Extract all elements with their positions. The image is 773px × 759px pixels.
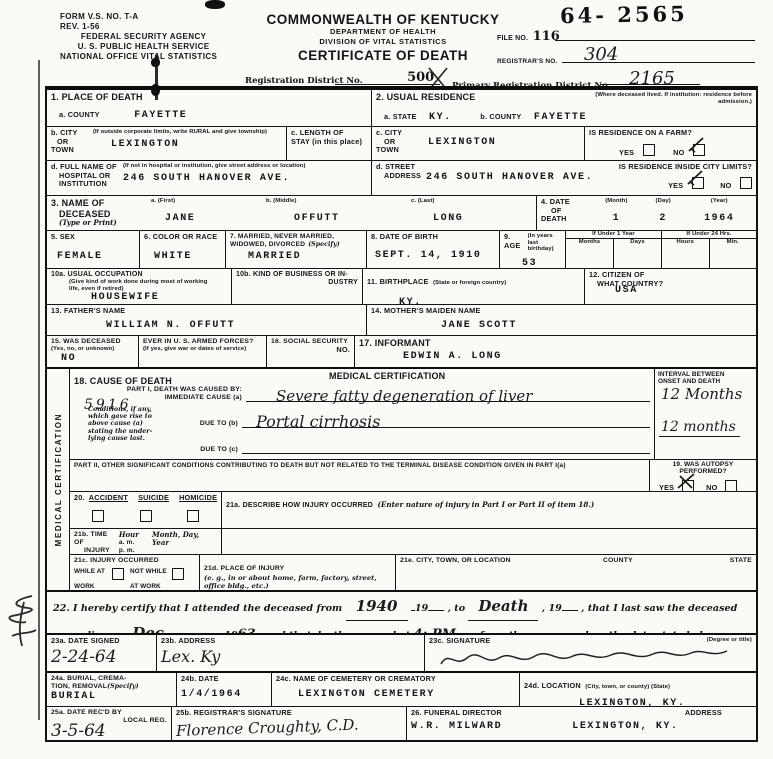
- field-ssn: 16. SOCIAL SECURITY NO.: [267, 336, 355, 367]
- cemetery-label: 24c. NAME OF CEMETERY OR CREMATORY: [276, 675, 515, 684]
- due-to-c-label: DUE TO (c): [186, 446, 238, 454]
- conditions-note-4: stating the under-: [88, 428, 186, 435]
- novs-line: NATIONAL OFFICE VITAL STATISTICS: [60, 52, 217, 62]
- interval-b-value: 12 months: [659, 419, 740, 437]
- time-line: 4: PM: [413, 624, 456, 634]
- while-at-label-1: WHILE AT: [74, 568, 112, 575]
- cause-a-line: Severe fatty degeneration of liver: [246, 384, 650, 402]
- injury-city-label: 21e. CITY, TOWN, OR LOCATION: [400, 557, 603, 565]
- cause-c-line: [242, 436, 650, 454]
- field-birthplace: 11. BIRTHPLACE (State or foreign country…: [363, 269, 585, 304]
- field-signer-address: 23b. ADDRESS Lex. Ky: [157, 635, 425, 671]
- father-value: WILLIAM N. OFFUTT: [106, 320, 362, 331]
- due-to-b-label: DUE TO (b): [186, 420, 238, 428]
- field-city-of-death: b. CITY OR TOWN (If outside corporate li…: [47, 127, 287, 160]
- suicide-checkbox: [140, 510, 152, 522]
- cause-a-value: Severe fatty degeneration of liver: [276, 387, 532, 405]
- certify-text-pre: 22. I hereby certify that I attended the…: [53, 603, 342, 614]
- field-name-of-deceased: 3. NAME OF DECEASED (Type or Print): [47, 196, 147, 230]
- place-injury-label: 21d. PLACE OF INJURY: [204, 565, 284, 572]
- field-business-industry: 10b. KIND OF BUSINESS OR IN- DUSTRY: [232, 269, 363, 304]
- death-certificate-scan: FORM V.S. NO. T-A REV. 1-56 FEDERAL SECU…: [0, 0, 773, 759]
- alive-on-line: Dec: [126, 621, 214, 634]
- phs-line: U. S. PUBLIC HEALTH SERVICE: [60, 42, 217, 52]
- color-race-value: WHITE: [154, 251, 221, 262]
- field-injury-location: 21e. CITY, TOWN, OR LOCATION COUNTY STAT…: [396, 555, 756, 590]
- field-usual-residence: 2. USUAL RESIDENCE (Where deceased lived…: [372, 90, 756, 126]
- agency-line: FEDERAL SECURITY AGENCY: [60, 32, 217, 42]
- scan-mark: [205, 0, 225, 9]
- dob-value: SEPT. 14, 1910: [375, 250, 495, 261]
- was-deceased-note: (Yes, no, or unknown): [51, 346, 134, 353]
- autopsy-label-2: PERFORMED?: [653, 468, 753, 475]
- cemetery-value: LEXINGTON CEMETERY: [298, 689, 515, 700]
- field-time-of-injury-blank: [222, 529, 756, 554]
- father-label: 13. FATHER'S NAME: [51, 307, 362, 316]
- dod-month-value: 1: [593, 213, 640, 224]
- burial-note: (Specify): [107, 683, 139, 691]
- file-no-label: FILE NO.: [497, 35, 528, 42]
- certify-year-19c: , 19: [218, 630, 238, 634]
- was-deceased-label: 15. WAS DECEASED: [51, 338, 134, 346]
- autopsy-no-label: NO: [706, 483, 717, 492]
- name-title-1: 3. NAME OF: [51, 198, 143, 209]
- signature-degree-note: (Degree or title): [707, 637, 752, 646]
- under-1yr-days: Days: [613, 239, 661, 268]
- hour-label: Hour: [119, 531, 152, 539]
- attended-to-value: Death: [478, 597, 528, 615]
- farm-question: IS RESIDENCE ON A FARM?: [589, 129, 752, 138]
- attended-from-line: 1940: [346, 594, 408, 621]
- field-hospital-name: d. FULL NAME OF HOSPITAL OR INSTITUTION …: [47, 161, 372, 195]
- hospital-note: (If not in hospital or institution, give…: [123, 163, 367, 170]
- field-informant: 17. INFORMANT EDWIN A. LONG: [355, 336, 756, 367]
- dod-title-1: 4. DATE: [541, 198, 593, 207]
- middle-name-label: b. (Middle): [266, 198, 403, 205]
- registrar-no-label: REGISTRAR'S NO.: [497, 58, 558, 65]
- limits-no-checkbox: [740, 177, 752, 189]
- manner-number: 20.: [74, 494, 85, 503]
- field-street-address: d. STREET ADDRESS 246 SOUTH HANOVER AVE.…: [372, 161, 756, 195]
- sex-label: 5. SEX: [51, 233, 135, 242]
- county-value: FAYETTE: [134, 110, 187, 121]
- residence-state-value: KY.: [429, 112, 452, 123]
- how-injury-note: (Enter nature of injury in Part I or Par…: [377, 500, 594, 509]
- registrar-no-row: REGISTRAR'S NO. 304: [497, 47, 596, 68]
- am-label: a. m.: [119, 539, 152, 547]
- cause-b-value: Portal cirrhosis: [256, 412, 380, 431]
- dod-day-label: (Day): [640, 198, 687, 205]
- certificate-title: CERTIFICATE OF DEATH: [228, 48, 538, 63]
- field-burial: 24a. BURIAL, CREMA- TION, REMOVAL(Specif…: [47, 673, 177, 706]
- homicide-label: HOMICIDE: [179, 494, 217, 503]
- funeral-director-address-value: LEXINGTON, KY.: [572, 721, 678, 732]
- field-date-signed: 23a. DATE SIGNED 2-24-64: [47, 635, 157, 671]
- file-stamp-number: 64- 2565: [560, 1, 688, 28]
- injury-county-label: COUNTY: [603, 557, 730, 565]
- res-town-label: TOWN: [376, 146, 418, 155]
- dod-year-value: 1964: [687, 213, 752, 224]
- first-name-value: JANE: [165, 213, 258, 224]
- mdy-label: Month, Day, Year: [152, 531, 217, 554]
- occupation-value: HOUSEWIFE: [91, 292, 227, 303]
- business-label-1: 10b. KIND OF BUSINESS OR IN-: [236, 271, 358, 279]
- field-was-deceased: 15. WAS DECEASED (Yes, no, or unknown) N…: [47, 336, 139, 367]
- farm-no-label: NO: [673, 148, 684, 157]
- field-age-under-1yr: If Under 1 Year Months Days: [566, 231, 662, 268]
- residence-county-label: b. COUNTY: [480, 112, 521, 121]
- residence-county-value: FAYETTE: [534, 112, 587, 123]
- field-cemetery-location: 24d. LOCATION (City, town, or county) (S…: [520, 673, 756, 706]
- part1-label: PART I, DEATH WAS CAUSED BY:: [74, 386, 242, 394]
- sex-value: FEMALE: [57, 251, 135, 262]
- physician-signature: [439, 646, 739, 670]
- occupation-label: 10a. USUAL OCCUPATION: [51, 271, 143, 279]
- date-signed-value: 2-24-64: [51, 647, 152, 667]
- autopsy-yes-label: YES: [659, 483, 674, 492]
- file-no-row: FILE NO. 116: [497, 27, 560, 45]
- field-burial-date: 24b. DATE 1/4/1964: [177, 673, 272, 706]
- usual-residence-title: 2. USUAL RESIDENCE: [376, 92, 475, 105]
- conditions-note-3: above cause (a): [88, 420, 186, 427]
- division-line: DIVISION OF VITAL STATISTICS: [228, 37, 538, 47]
- dod-day-value: 2: [640, 213, 687, 224]
- marital-label-2: WIDOWED, DIVORCED: [230, 241, 305, 249]
- cemetery-location-note: (City, town, or county) (State): [585, 684, 670, 690]
- field-length-of-stay: c. LENGTH OF STAY (in this place): [287, 127, 372, 160]
- field-time-of-injury: 21b. TIME OF INJURY Hour a. m. p. m. Mon…: [70, 529, 222, 554]
- time-injury-label-2: INJURY: [84, 547, 119, 554]
- title-block: COMMONWEALTH OF KENTUCKY DEPARTMENT OF H…: [228, 12, 538, 63]
- usual-residence-note: (Where deceased lived. If institution: r…: [592, 92, 752, 105]
- while-at-label-2: WORK: [74, 583, 95, 590]
- alive-on-label: alive on: [81, 630, 123, 634]
- marital-label-1: 7. MARRIED, NEVER MARRIED,: [230, 233, 362, 241]
- margin-scribble: [2, 592, 42, 652]
- department-line: DEPARTMENT OF HEALTH: [228, 27, 538, 37]
- primary-district-rule: [600, 84, 700, 85]
- accident-label: ACCIDENT: [89, 494, 128, 503]
- dod-month-label: (Month): [593, 198, 640, 205]
- conditions-note-2: which gave rise to: [88, 413, 186, 420]
- form-rev-line: REV. 1-56: [60, 22, 217, 32]
- date-received-label-1: 25a. DATE REC'D BY: [51, 709, 167, 717]
- homicide-checkbox: [187, 510, 199, 522]
- field-date-of-birth: 8. DATE OF BIRTH SEPT. 14, 1910: [367, 231, 500, 268]
- part2-label: PART II, OTHER SIGNIFICANT CONDITIONS CO…: [74, 462, 647, 470]
- injury-occurred-label: 21c. INJURY OCCURRED: [74, 557, 195, 565]
- field-funeral-director: 26. FUNERAL DIRECTOR ADDRESS W.R. MILWAR…: [407, 707, 756, 740]
- limits-question: IS RESIDENCE INSIDE CITY LIMITS?: [606, 163, 752, 172]
- time-value: 4: PM: [413, 627, 456, 634]
- autopsy-yes-checkbox: [682, 480, 694, 492]
- first-name-label: a. (First): [151, 198, 258, 205]
- field-color-race: 6. COLOR OR RACE WHITE: [140, 231, 226, 268]
- certify-tail-2: m., from the causes and on the date stat…: [459, 630, 727, 634]
- certificate-form: 1. PLACE OF DEATH a. COUNTY FAYETTE 2. U…: [45, 86, 758, 742]
- dod-year-label: (Year): [687, 198, 752, 205]
- cemetery-location-value: LEXINGTON, KY.: [579, 698, 752, 706]
- field-age: 9. AGE (In yearslast birthday) 53: [500, 231, 566, 268]
- under-1yr-header: If Under 1 Year: [566, 231, 661, 239]
- field-how-injury: 21a. DESCRIBE HOW INJURY OCCURRED (Enter…: [222, 492, 756, 528]
- dob-label: 8. DATE OF BIRTH: [371, 233, 495, 242]
- under-24hr-min: Min.: [709, 239, 757, 268]
- place-injury-note: (e. g., in or about home, farm, factory,…: [204, 575, 391, 590]
- interval-a-value: 12 Months: [661, 385, 742, 403]
- was-deceased-value: NO: [61, 353, 134, 364]
- informant-label: 17. INFORMANT: [359, 338, 752, 349]
- county-label: a. COUNTY: [59, 110, 100, 119]
- field-marital-status: 7. MARRIED, NEVER MARRIED, WIDOWED, DIVO…: [226, 231, 367, 268]
- occupation-note: (Give kind of work done during most of w…: [69, 279, 219, 292]
- cause-of-death-title: 18. CAUSE OF DEATH: [74, 376, 172, 386]
- not-while-label-1: NOT WHILE: [130, 568, 172, 575]
- name-title-3: (Type or Print): [59, 219, 143, 227]
- marital-note: (Specify): [308, 241, 340, 249]
- field-cemetery: 24c. NAME OF CEMETERY OR CREMATORY LEXIN…: [272, 673, 520, 706]
- alive-on-value: Dec: [132, 624, 164, 634]
- field-age-under-24hr: If Under 24 Hrs. Hours Min.: [662, 231, 756, 268]
- under-24hr-header: If Under 24 Hrs.: [662, 231, 756, 239]
- field-last-name: c. (Last) LONG: [407, 196, 537, 230]
- age-note-2: last birthday): [528, 240, 561, 253]
- street-value: 246 SOUTH HANOVER AVE.: [426, 172, 593, 193]
- funeral-director-label: 26. FUNERAL DIRECTOR: [411, 709, 502, 718]
- file-no-rule: [555, 40, 755, 41]
- burial-label-1: 24a. BURIAL, CREMA-: [51, 675, 172, 683]
- res-city-value: LEXINGTON: [428, 137, 496, 155]
- under-1yr-months: Months: [566, 239, 613, 268]
- accident-checkbox: [92, 510, 104, 522]
- occurred-label: , and that death occurred at: [259, 630, 410, 634]
- armed-forces-note: (If yes, give war or dates of service): [143, 346, 262, 353]
- birthplace-note: (State or foreign country): [433, 280, 506, 286]
- alive-year-hand: 63: [238, 627, 256, 634]
- field-date-of-death: 4. DATE OF DEATH (Month)1 (Day)2 (Year)1…: [537, 196, 756, 230]
- mother-value: JANE SCOTT: [441, 320, 752, 331]
- last-name-label: c. (Last): [411, 198, 532, 205]
- birthplace-value: KY.: [399, 297, 580, 304]
- limits-yes-checkbox: [692, 177, 704, 189]
- attended-from-value: 1940: [356, 597, 398, 615]
- mother-label: 14. MOTHER'S MAIDEN NAME: [371, 307, 752, 316]
- funeral-director-address-label: ADDRESS: [685, 709, 722, 718]
- field-residence-on-farm: IS RESIDENCE ON A FARM? YES NO: [585, 127, 756, 160]
- commonwealth-title: COMMONWEALTH OF KENTUCKY: [228, 12, 538, 27]
- not-while-at-work-checkbox: [172, 568, 184, 580]
- farm-yes-label: YES: [619, 148, 634, 157]
- suicide-label: SUICIDE: [138, 494, 169, 503]
- field-father-name: 13. FATHER'S NAME WILLIAM N. OFFUTT: [47, 305, 367, 335]
- file-no-value: 116: [533, 29, 560, 44]
- business-label-2: DUSTRY: [236, 279, 358, 287]
- autopsy-no-checkbox: [725, 480, 737, 492]
- length-of-stay-label2: STAY (in this place): [291, 138, 367, 147]
- medical-certification-content: 18. CAUSE OF DEATH MEDICAL CERTIFICATION…: [70, 369, 756, 590]
- while-at-work-checkbox: [112, 568, 124, 580]
- city-value: LEXINGTON: [111, 139, 282, 150]
- injury-state-label: STATE: [730, 557, 752, 565]
- birthplace-label: 11. BIRTHPLACE: [367, 277, 429, 286]
- cemetery-location-label: 24d. LOCATION: [524, 681, 581, 690]
- certify-to-label: , to: [448, 603, 466, 614]
- field-first-name: a. (First) JANE: [147, 196, 262, 230]
- residence-state-label: a. STATE: [384, 112, 417, 121]
- field-place-of-injury: 21d. PLACE OF INJURY (e. g., in or about…: [200, 555, 396, 590]
- field-armed-forces: EVER IN U. S. ARMED FORCES? (If yes, giv…: [139, 336, 267, 367]
- street-label-2: ADDRESS: [384, 172, 426, 181]
- limits-yes-label: YES: [668, 181, 683, 190]
- registrar-no-rule: [562, 62, 755, 63]
- field-residence-city: c. CITY OR TOWN LEXINGTON: [372, 127, 585, 160]
- medical-certification-sidebar: MEDICAL CERTIFICATION: [47, 369, 70, 590]
- marital-value: MARRIED: [248, 251, 362, 262]
- medical-certification-heading: MEDICAL CERTIFICATION: [329, 371, 445, 382]
- not-while-label-2: AT WORK: [130, 583, 161, 590]
- attended-to-line: Death: [468, 594, 538, 621]
- field-occupation: 10a. USUAL OCCUPATION (Give kind of work…: [47, 269, 232, 304]
- field-date-received: 25a. DATE REC'D BY LOCAL REG. 3-5-64: [47, 707, 172, 740]
- pm-label: p. m.: [119, 547, 152, 554]
- field-place-of-death: 1. PLACE OF DEATH a. COUNTY FAYETTE: [47, 90, 372, 126]
- hospital-value: 246 SOUTH HANOVER AVE.: [123, 173, 367, 184]
- informant-value: EDWIN A. LONG: [403, 351, 752, 362]
- certify-year-19a: 19: [415, 603, 428, 614]
- limits-no-label: NO: [720, 181, 731, 190]
- cause-code-value: 5916: [84, 397, 132, 413]
- signer-address-label: 23b. ADDRESS: [161, 637, 420, 646]
- certify-year-19b: , 19: [542, 603, 562, 614]
- certify-tail-1: , that I last saw the deceased: [581, 603, 737, 614]
- cause-b-line: Portal cirrhosis: [242, 410, 650, 428]
- middle-name-value: OFFUTT: [294, 213, 403, 224]
- place-of-death-title: 1. PLACE OF DEATH: [51, 92, 367, 103]
- interval-label-1: INTERVAL BETWEEN: [658, 371, 753, 378]
- age-note-1: (In years: [528, 233, 561, 240]
- field-middle-name: b. (Middle) OFFUTT: [262, 196, 407, 230]
- medical-certification-side-label: MEDICAL CERTIFICATION: [54, 413, 63, 546]
- field-injury-at-work: 21c. INJURY OCCURRED WHILE ATWORK NOT WH…: [70, 555, 200, 590]
- field-mother-name: 14. MOTHER'S MAIDEN NAME JANE SCOTT: [367, 305, 756, 335]
- signer-address-value: Lex. Ky: [161, 647, 420, 666]
- field-certification-statement: 22. I hereby certify that I attended the…: [47, 592, 756, 633]
- ssn-label-2: NO.: [271, 346, 350, 355]
- burial-date-value: 1/4/1964: [181, 689, 267, 700]
- age-value: 53: [522, 258, 561, 268]
- last-name-value: LONG: [433, 213, 532, 224]
- citizen-value: USA: [615, 285, 752, 296]
- city-note: (If outside corporate limits, write RURA…: [93, 129, 282, 136]
- under-24hr-hours: Hours: [662, 239, 709, 268]
- signature-label: 23c. SIGNATURE: [429, 637, 490, 646]
- age-label: 9. AGE: [504, 233, 526, 253]
- town-label: TOWN: [51, 146, 93, 155]
- burial-label-2: TION, REMOVAL: [51, 683, 107, 691]
- field-citizen: 12. CITIZEN OF WHAT COUNTRY? USA: [585, 269, 756, 304]
- form-number-block: FORM V.S. NO. T-A REV. 1-56 FEDERAL SECU…: [60, 12, 217, 62]
- burial-date-label: 24b. DATE: [181, 675, 267, 684]
- time-injury-label-1: 21b. TIME OF: [74, 531, 119, 547]
- funeral-director-value: W.R. MILWARD: [411, 721, 502, 732]
- form-no-line: FORM V.S. NO. T-A: [60, 12, 217, 22]
- color-race-label: 6. COLOR OR RACE: [144, 233, 221, 242]
- autopsy-label-1: 19. WAS AUTOPSY: [653, 461, 753, 468]
- burial-value: BURIAL: [51, 691, 172, 702]
- res-city-label: c. CITY: [376, 129, 418, 138]
- dod-title-3: DEATH: [541, 215, 593, 224]
- farm-no-checkbox: [693, 144, 705, 156]
- field-signature: 23c. SIGNATURE (Degree or title): [425, 635, 756, 671]
- armed-forces-label: EVER IN U. S. ARMED FORCES?: [143, 338, 262, 346]
- date-signed-label: 23a. DATE SIGNED: [51, 637, 152, 646]
- field-sex: 5. SEX FEMALE: [47, 231, 140, 268]
- hospital-label-3: INSTITUTION: [59, 180, 123, 189]
- farm-yes-checkbox: [643, 144, 655, 156]
- field-registrar-signature: 25b. REGISTRAR'S SIGNATURE Florence Crou…: [172, 707, 407, 740]
- conditions-note-5: lying cause last.: [88, 435, 186, 442]
- how-injury-label: 21a. DESCRIBE HOW INJURY OCCURRED: [226, 502, 373, 509]
- field-manner: 20. ACCIDENT SUICIDE HOMICIDE: [70, 492, 222, 528]
